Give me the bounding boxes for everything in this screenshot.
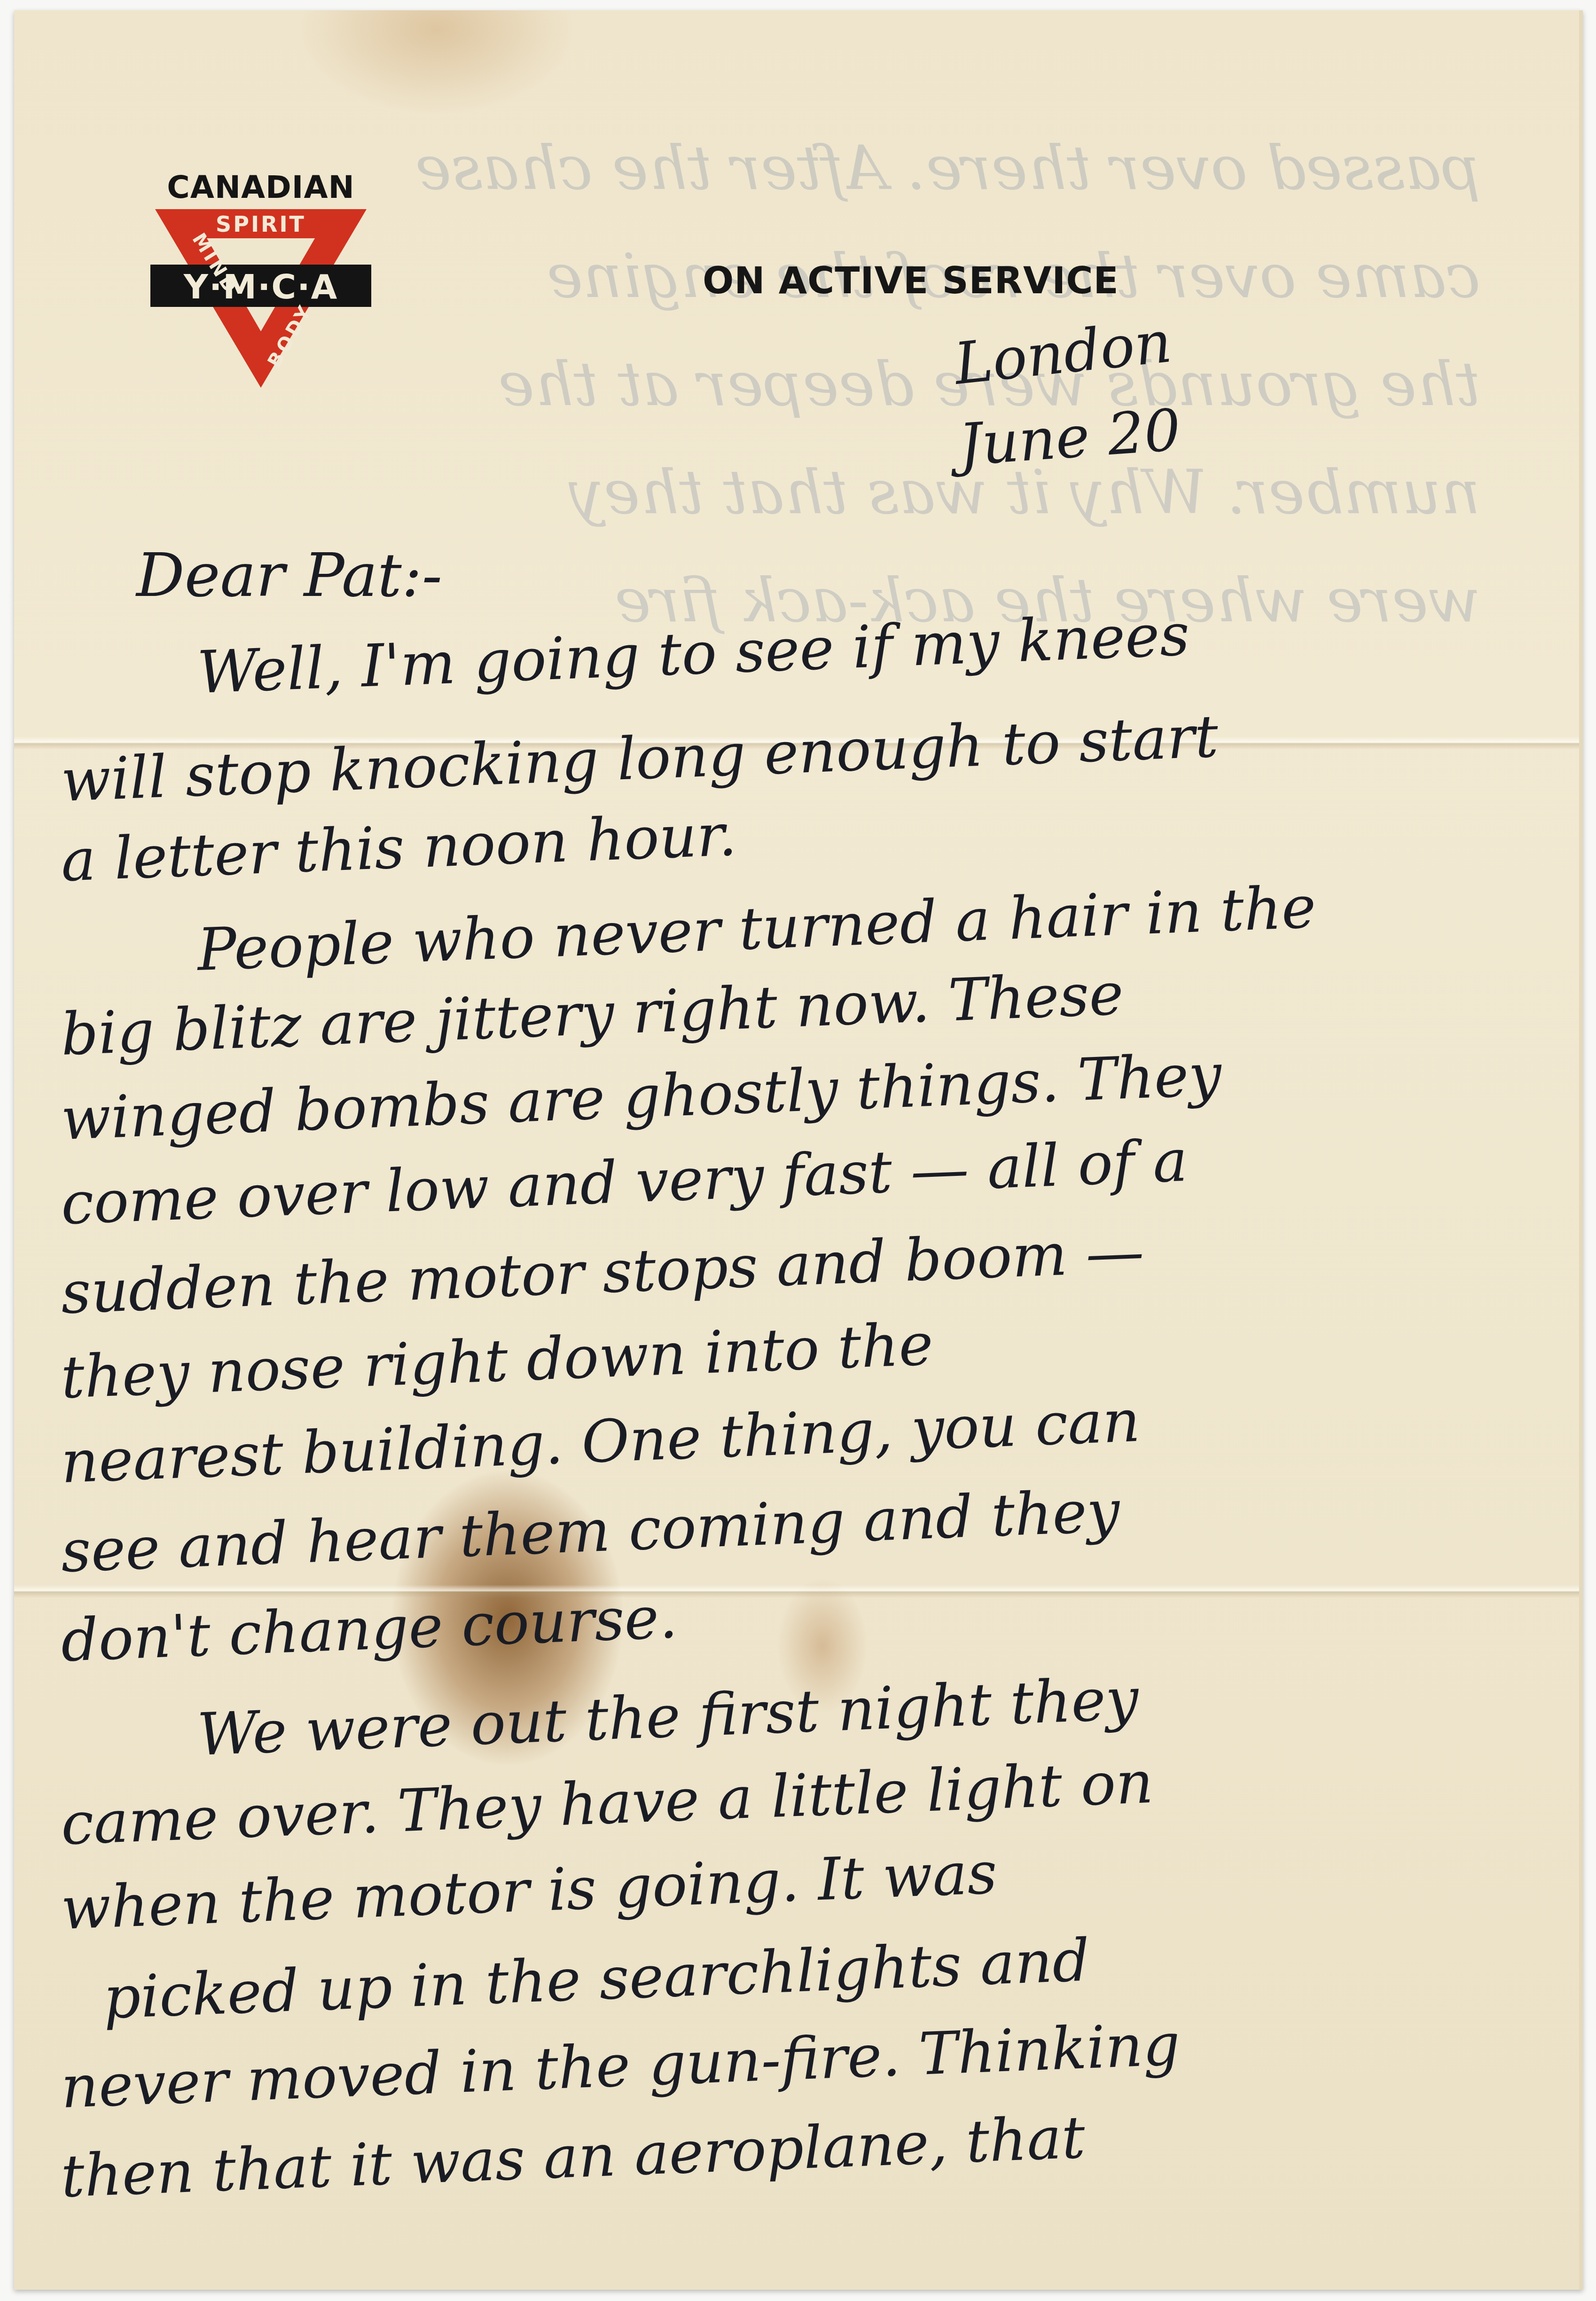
svg-text:SPIRIT: SPIRIT bbox=[216, 211, 306, 237]
ymca-logo: CANADIAN SPIRIT Y·M·C·A MIND BODY bbox=[150, 169, 371, 392]
organization-label: CANADIAN bbox=[150, 169, 371, 205]
ymca-triangle-icon: SPIRIT Y·M·C·A MIND BODY bbox=[150, 209, 371, 392]
paper-fold-crease bbox=[14, 1585, 1579, 1598]
svg-text:Y·M·C·A: Y·M·C·A bbox=[183, 267, 338, 306]
letterhead-title: ON ACTIVE SERVICE bbox=[703, 260, 1119, 302]
letter-salutation: Dear Pat:- bbox=[136, 540, 442, 610]
